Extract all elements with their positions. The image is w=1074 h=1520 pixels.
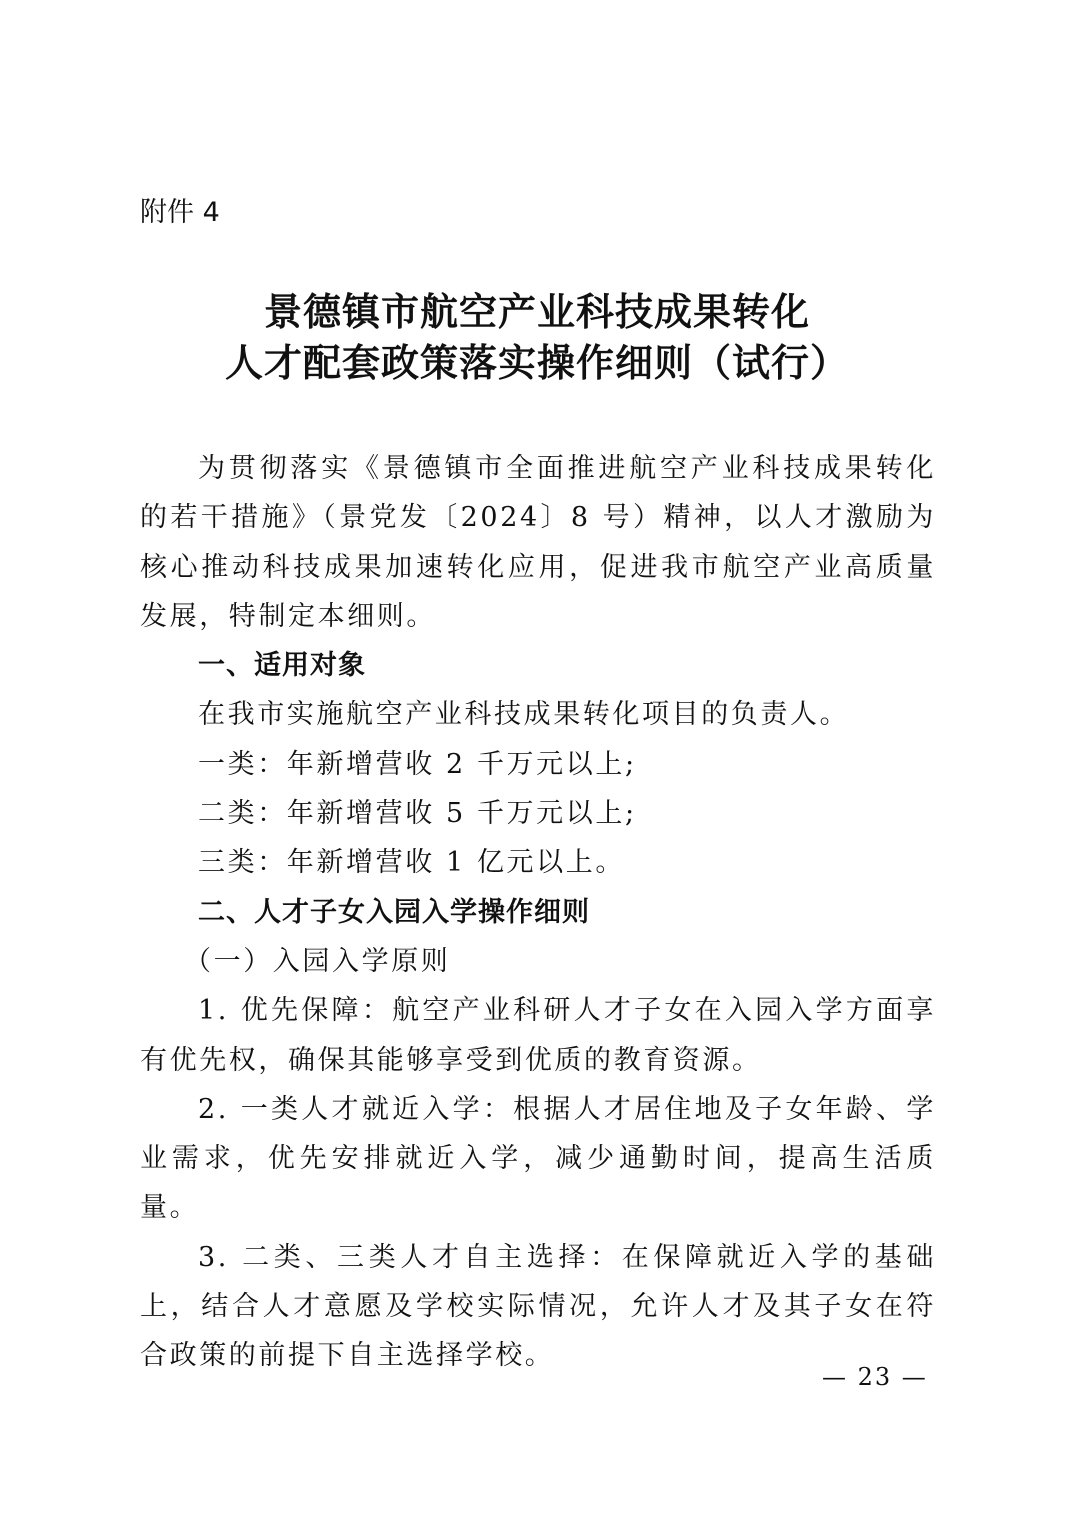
section-2-subheading: （一）入园入学原则 bbox=[140, 937, 936, 986]
section-2-item: 3. 二类、三类人才自主选择：在保障就近入学的基础上，结合人才意愿及学校实际情况… bbox=[140, 1233, 936, 1381]
section-1-line: 三类：年新增营收 1 亿元以上。 bbox=[140, 838, 936, 887]
section-1-line: 二类：年新增营收 5 千万元以上; bbox=[140, 789, 936, 838]
section-1-line: 一类：年新增营收 2 千万元以上; bbox=[140, 740, 936, 789]
document-title-line-1: 景德镇市航空产业科技成果转化 bbox=[0, 287, 1074, 337]
intro-paragraph: 为贯彻落实《景德镇市全面推进航空产业科技成果转化的若干措施》（景党发〔2024〕… bbox=[140, 444, 936, 641]
document-title-line-2: 人才配套政策落实操作细则（试行） bbox=[0, 338, 1074, 388]
page-number: — 23 — bbox=[822, 1363, 928, 1391]
attachment-label: 附件 4 bbox=[140, 190, 220, 229]
section-1-line: 在我市实施航空产业科技成果转化项目的负责人。 bbox=[140, 690, 936, 739]
section-2-heading: 二、人才子女入园入学操作细则 bbox=[140, 888, 936, 937]
section-1-heading: 一、适用对象 bbox=[140, 641, 936, 690]
section-2-item: 2. 一类人才就近入学：根据人才居住地及子女年龄、学业需求，优先安排就近入学，减… bbox=[140, 1085, 936, 1233]
section-2-item: 1. 优先保障：航空产业科研人才子女在入园入学方面享有优先权，确保其能够享受到优… bbox=[140, 986, 936, 1085]
document-body: 为贯彻落实《景德镇市全面推进航空产业科技成果转化的若干措施》（景党发〔2024〕… bbox=[140, 444, 936, 1381]
